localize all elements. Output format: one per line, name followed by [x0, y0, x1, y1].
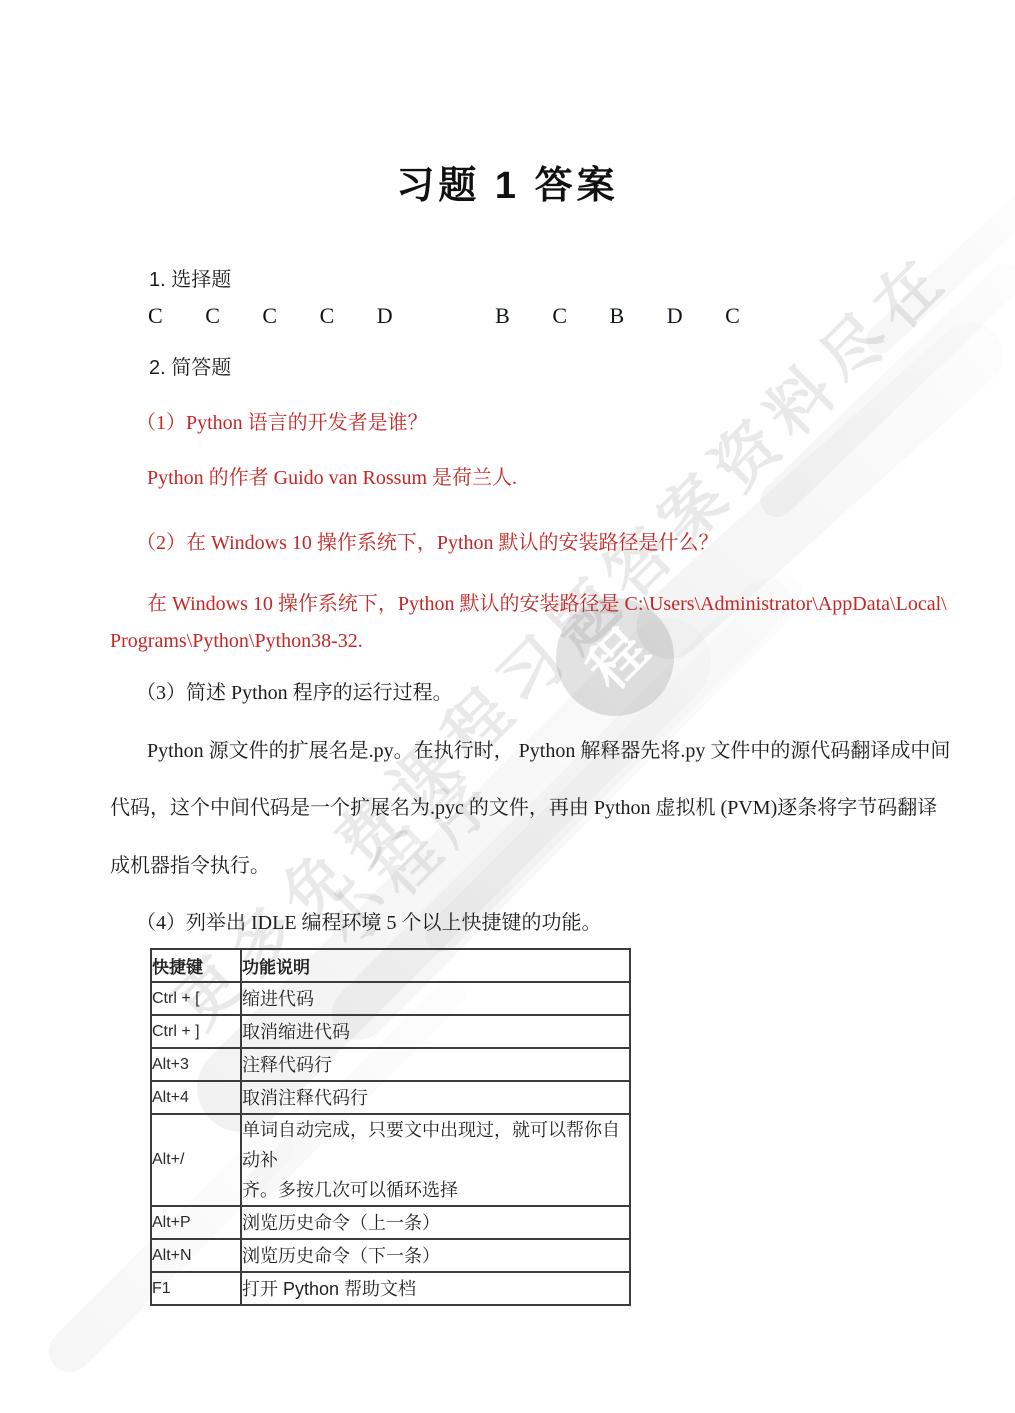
shortcut-key-cell: Alt+N — [151, 1239, 241, 1272]
shortcut-key-cell: Alt+4 — [151, 1081, 241, 1114]
choice-answer: C — [552, 303, 567, 329]
shortcut-desc-cell: 缩进代码 — [241, 982, 630, 1015]
question-3: （3）简述 Python 程序的运行过程。 — [136, 676, 453, 705]
shortcut-key-cell: Ctrl + ] — [151, 1015, 241, 1048]
choice-answer: D — [377, 303, 393, 329]
table-row: Alt+/ 单词自动完成，只要文中出现过，就可以帮你自动补 齐。多按几次可以循环… — [151, 1114, 630, 1206]
table-row: Ctrl + [ 缩进代码 — [151, 982, 630, 1015]
answer-3-line2: 代码，这个中间代码是一个扩展名为.pyc 的文件，再由 Python 虚拟机 (… — [110, 791, 937, 820]
document-page: 更多免费课程习题答案资料尽在 小程序 程 习题 1 答案 1. 选择题 C C … — [0, 0, 1015, 1413]
shortcuts-table-header: 快捷键 功能说明 — [151, 949, 630, 982]
shortcut-key-cell: Alt+3 — [151, 1048, 241, 1081]
answer-1: Python 的作者 Guido van Rossum 是荷兰人. — [147, 461, 517, 490]
table-row: Alt+3 注释代码行 — [151, 1048, 630, 1081]
answer-2-line1: 在 Windows 10 操作系统下，Python 默认的安装路径是 C:\Us… — [147, 587, 947, 616]
table-row: Alt+P 浏览历史命令（上一条） — [151, 1206, 630, 1239]
shortcut-desc-cell: 注释代码行 — [241, 1048, 630, 1081]
column-header-shortcut: 快捷键 — [151, 949, 241, 982]
table-row: F1 打开 Python 帮助文档 — [151, 1272, 630, 1305]
table-header-row: 快捷键 功能说明 — [151, 949, 630, 982]
answer-3-line3: 成机器指令执行。 — [110, 849, 270, 878]
shortcut-key-cell: F1 — [151, 1272, 241, 1305]
answer-2-line2: Programs\Python\Python38-32. — [110, 630, 363, 653]
shortcut-desc-cell: 单词自动完成，只要文中出现过，就可以帮你自动补 齐。多按几次可以循环选择 — [241, 1114, 630, 1206]
choice-answer: C — [148, 303, 163, 329]
document-content: 习题 1 答案 1. 选择题 C C C C D B C B D C 2. 简答… — [0, 0, 1015, 1413]
shortcut-desc-cell: 浏览历史命令（上一条） — [241, 1206, 630, 1239]
table-row: Ctrl + ] 取消缩进代码 — [151, 1015, 630, 1048]
shortcut-desc-cell: 打开 Python 帮助文档 — [241, 1272, 630, 1305]
question-4: （4）列举出 IDLE 编程环境 5 个以上快捷键的功能。 — [136, 906, 602, 935]
shortcut-desc-cell: 浏览历史命令（下一条） — [241, 1239, 630, 1272]
section-2-heading: 2. 简答题 — [149, 351, 231, 380]
shortcut-key-cell: Alt+P — [151, 1206, 241, 1239]
choice-answer: C — [320, 303, 335, 329]
choice-answer: D — [667, 303, 683, 329]
choice-answer: B — [610, 303, 625, 329]
section-1-heading: 1. 选择题 — [149, 263, 231, 292]
shortcut-desc-cell: 取消缩进代码 — [241, 1015, 630, 1048]
column-header-function: 功能说明 — [241, 949, 630, 982]
shortcut-key-cell: Alt+/ — [151, 1114, 241, 1206]
choice-answers-row: C C C C D B C B D C — [148, 303, 777, 329]
question-1: （1）Python 语言的开发者是谁？ — [136, 406, 428, 435]
choice-answer: C — [725, 303, 740, 329]
choice-answer: C — [262, 303, 277, 329]
choice-answer: C — [205, 303, 220, 329]
question-2: （2）在 Windows 10 操作系统下，Python 默认的安装路径是什么？ — [136, 526, 719, 555]
shortcut-desc-cell: 取消注释代码行 — [241, 1081, 630, 1114]
table-row: Alt+N 浏览历史命令（下一条） — [151, 1239, 630, 1272]
shortcut-key-cell: Ctrl + [ — [151, 982, 241, 1015]
table-row: Alt+4 取消注释代码行 — [151, 1081, 630, 1114]
shortcuts-table: 快捷键 功能说明 Ctrl + [ 缩进代码 Ctrl + ] 取消缩进代码 A… — [150, 948, 631, 1306]
page-title: 习题 1 答案 — [0, 154, 1015, 209]
answer-3-line1: Python 源文件的扩展名是.py。在执行时， Python 解释器先将.py… — [147, 734, 950, 763]
choice-answer: B — [495, 303, 510, 329]
